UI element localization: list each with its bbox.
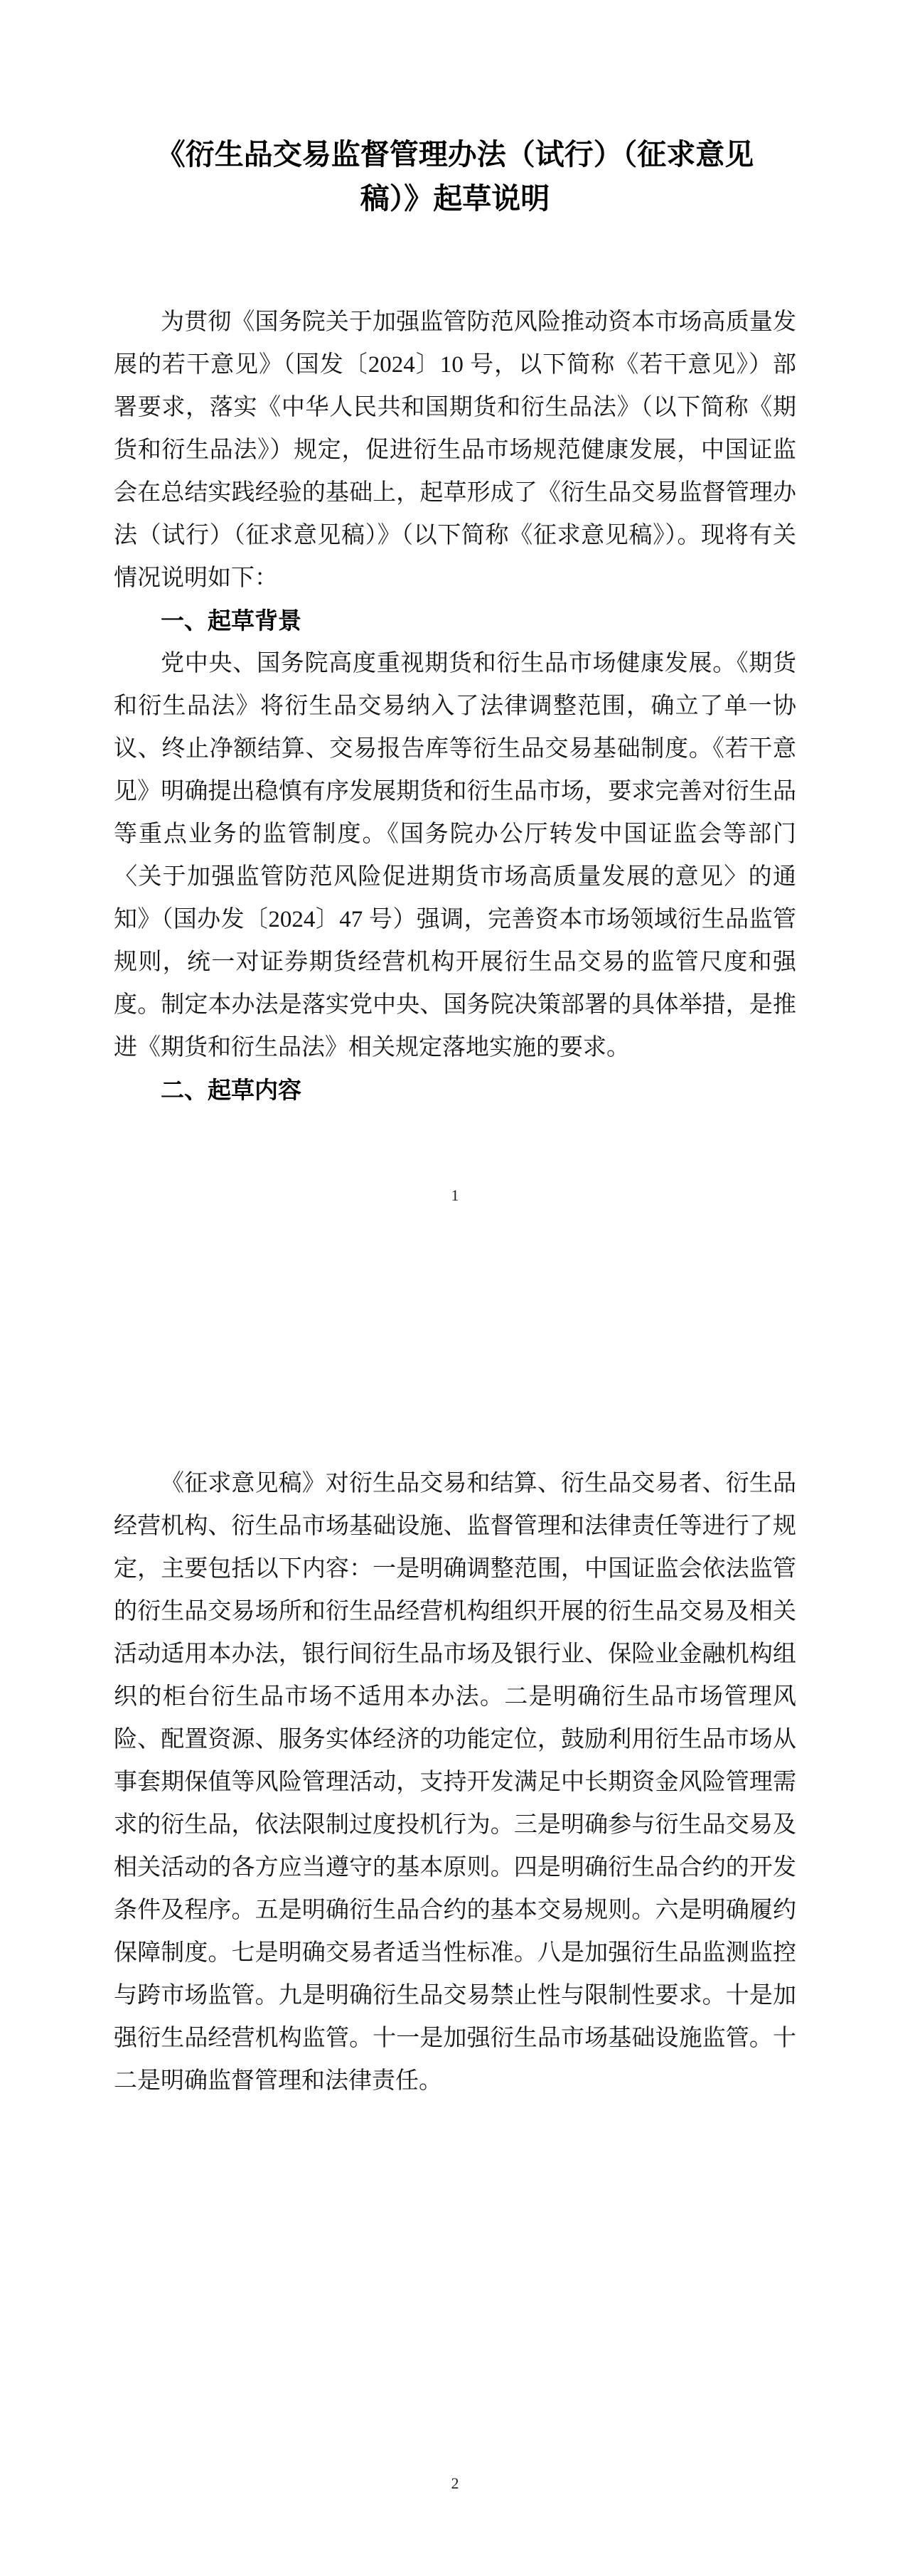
page-number-1: 1: [0, 1186, 910, 1205]
intro-paragraph: 为贯彻《国务院关于加强监管防范风险推动资本市场高质量发展的若干意见》（国发〔20…: [114, 301, 796, 600]
page-1: 《衍生品交易监督管理办法（试行）（征求意见稿）》起草说明 为贯彻《国务院关于加强…: [0, 0, 910, 1288]
section-1-paragraph: 党中央、国务院高度重视期货和衍生品市场健康发展。《期货和衍生品法》将衍生品交易纳…: [114, 642, 796, 1069]
section-2-paragraph: 《征求意见稿》对衍生品交易和结算、衍生品交易者、衍生品经营机构、衍生品市场基础设…: [114, 1462, 796, 2102]
section-1-heading: 一、起草背景: [114, 600, 796, 642]
section-2-heading: 二、起草内容: [114, 1069, 796, 1112]
document-viewport: 《衍生品交易监督管理办法（试行）（征求意见稿）》起草说明 为贯彻《国务院关于加强…: [0, 0, 910, 2576]
page-2-content: 《征求意见稿》对衍生品交易和结算、衍生品交易者、衍生品经营机构、衍生品市场基础设…: [114, 1462, 796, 2102]
page-number-2: 2: [0, 2474, 910, 2493]
page-2: 《征求意见稿》对衍生品交易和结算、衍生品交易者、衍生品经营机构、衍生品市场基础设…: [0, 1288, 910, 2576]
page-1-content: 为贯彻《国务院关于加强监管防范风险推动资本市场高质量发展的若干意见》（国发〔20…: [114, 301, 796, 1112]
document-title: 《衍生品交易监督管理办法（试行）（征求意见稿）》起草说明: [145, 132, 765, 220]
